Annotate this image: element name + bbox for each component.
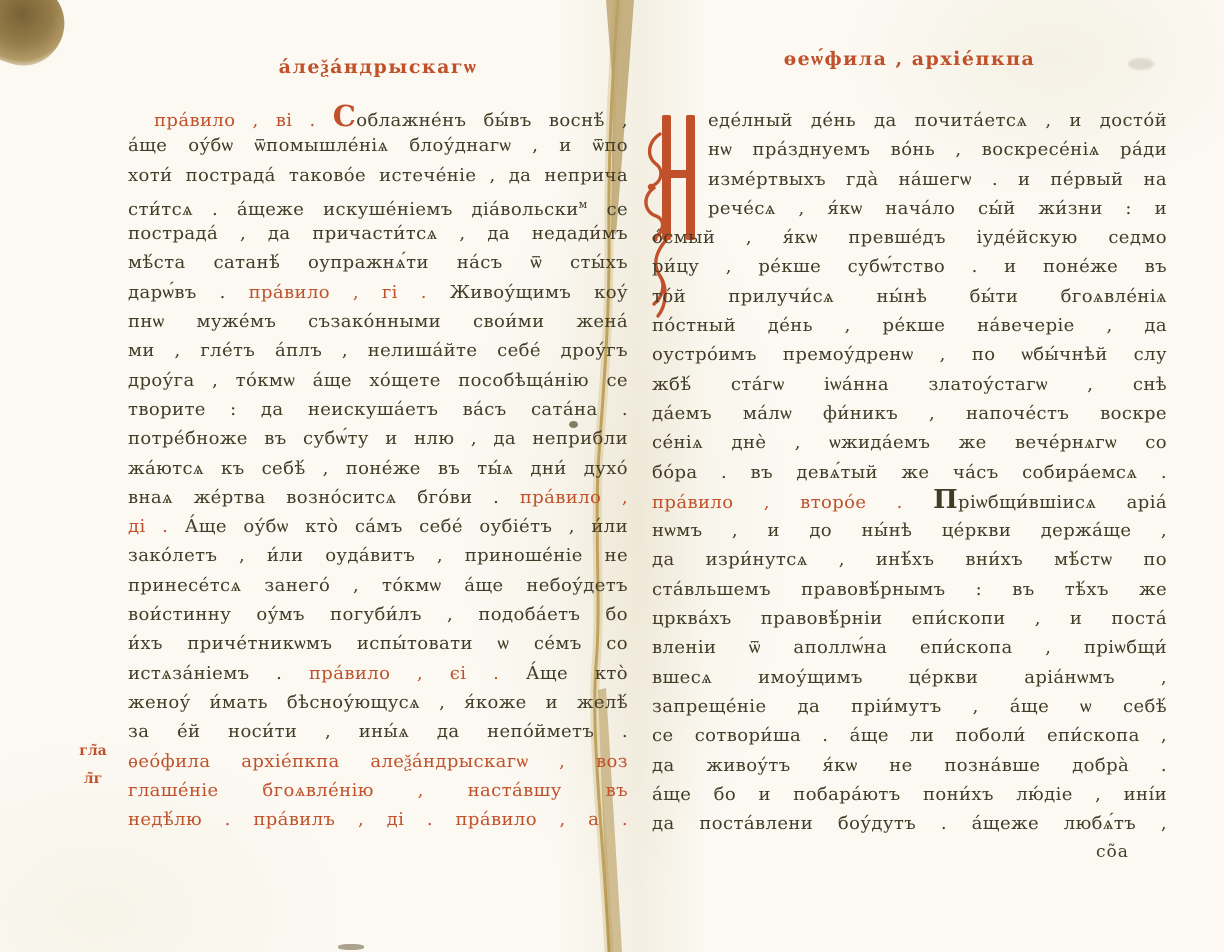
text-segment: жа́ютсѧ къ себѣ́ , поне́же въ ты́ѧ дни́ … xyxy=(128,458,628,479)
text-segment: А́ще оу́бѡ кто̀ са́мъ себе́ оубіе́тъ , и… xyxy=(185,516,628,537)
corner-stain xyxy=(0,0,75,76)
text-segment: да́емъ ма́лѡ фи́никъ , напоче́стъ воскре xyxy=(652,403,1167,424)
text-segment: недѣ́лю . пра́вилъ , ді . пра́вило , а . xyxy=(128,809,628,830)
text-line: ді . А́ще оу́бѡ кто̀ са́мъ себе́ оубіе́т… xyxy=(128,512,628,541)
text-segment: сти́тсѧ . а́щеже искуше́ніемъ діа́вольск… xyxy=(128,199,579,219)
text-segment: м xyxy=(579,198,588,211)
text-segment: се сотвори́ша . а́ще ли поболи́ епи́скоп… xyxy=(652,725,1167,746)
text-segment: С xyxy=(333,102,356,131)
text-segment: запреще́ніе да пріи́мутъ , а́ще ѡ себѣ́ xyxy=(652,696,1167,717)
gloss-line: гл̃а xyxy=(66,737,120,765)
text-line: сти́тсѧ . а́щеже искуше́ніемъ діа́вольск… xyxy=(128,190,628,219)
text-line: пнѡ муже́мъ съзако́нными свои́ми жена́ xyxy=(128,307,628,336)
text-line: глаше́ніе бгоѧвле́нію , наста́вшу въ xyxy=(128,776,628,805)
text-segment: Живоу́щимъ коу́ xyxy=(450,282,628,303)
text-line: ри́цу , ре́кше субѡ́тство . и поне́же въ xyxy=(652,252,1167,281)
text-segment: зако́летъ , и́ли оуда́витъ , приноше́ніе… xyxy=(128,545,628,566)
text-line: вшесѧ имоу́щимъ це́ркви аріа́нѡмъ , xyxy=(652,663,1167,692)
text-line: да поста́влени боу́дутъ . а́щеже любѧ́тъ… xyxy=(652,809,1167,838)
right-running-header: ѳеѡ́фила , архіе́пкпа xyxy=(652,48,1167,74)
text-line: ми , гле́тъ а́плъ , нелиша́йте себе́ дро… xyxy=(128,336,628,365)
text-line: нѡ пра́зднуемъ во́нь , воскресе́ніѧ ра́д… xyxy=(652,135,1167,164)
text-segment: жбѣ́ ста́гѡ іѡа́нна златоу́стагѡ , снѣ xyxy=(652,374,1167,395)
text-line: зако́летъ , и́ли оуда́витъ , приноше́ніе… xyxy=(128,541,628,570)
text-line: пострада́ , да причасти́тсѧ , да недади́… xyxy=(128,219,628,248)
text-segment: оустро́имъ премоу́дренѡ , по ѡбы́чнѣй сл… xyxy=(652,344,1167,365)
text-segment: вленіи ѿ аполлѡ́на епи́скопа , пріѡбщи́ xyxy=(652,637,1167,658)
text-segment: нѡ пра́зднуемъ во́нь , воскресе́ніѧ ра́д… xyxy=(708,139,1167,160)
text-segment: а́ще бо и побара́ютъ пони́хъ лю́діе , ин… xyxy=(652,784,1167,805)
text-line: о́смый , я́кѡ превше́дъ іуде́йскую седмо xyxy=(652,223,1167,252)
text-line: дроу́га , то́кмѡ а́ще хо́щете пособѣща́н… xyxy=(128,366,628,395)
text-line: творите : да неискуша́етъ ва́съ сата́на … xyxy=(128,395,628,424)
text-segment: а́ще оу́бѡ ѿпомышле́ніѧ блоу́днагѡ , и ѿ… xyxy=(128,135,628,156)
text-line: за е́й носи́ти , ины́ѧ да непо́йметъ . xyxy=(128,717,628,746)
text-line: потре́бноже въ субѡ́ту и нлю , да неприб… xyxy=(128,424,628,453)
text-segment: рече́сѧ , я́кѡ нача́ло сы́й жи́зни : и xyxy=(708,198,1167,219)
text-segment: да поста́влени боу́дутъ . а́щеже любѧ́тъ… xyxy=(652,813,1167,834)
text-line: женоу́ и́мать бѣсноу́ющусѧ , я́коже и же… xyxy=(128,688,628,717)
text-segment: нѡмъ , и до ны́нѣ це́ркви держа́ще , xyxy=(652,520,1167,541)
text-line: вои́стинну оу́мъ погуби́лъ , подоба́етъ … xyxy=(128,600,628,629)
text-segment: се xyxy=(588,199,628,219)
text-segment: женоу́ и́мать бѣсноу́ющусѧ , я́коже и же… xyxy=(128,692,628,713)
right-page-text: еде́лный де́нь да почита́етсѧ , и досто́… xyxy=(652,106,1167,838)
left-running-header: а́леѯа́ндрыскагѡ xyxy=(128,56,628,82)
text-segment: ста́вльшемъ правовѣ́рнымъ : въ тѣ́хъ же xyxy=(652,579,1167,600)
text-line: еде́лный де́нь да почита́етсѧ , и досто́… xyxy=(652,106,1167,135)
left-margin-gloss: гл̃а л̃г xyxy=(66,737,120,793)
text-segment: пнѡ муже́мъ съзако́нными свои́ми жена́ xyxy=(128,311,628,332)
text-segment: внаѧ же́ртва возно́ситсѧ бго́ви . xyxy=(128,487,520,508)
gloss-line: л̃г xyxy=(66,765,120,793)
text-segment: по́стный де́нь , ре́кше на́вечеріе , да xyxy=(652,315,1167,336)
text-line: се́ніѧ днѐ , ѡжида́емъ же вече́рнѧгѡ со xyxy=(652,428,1167,457)
text-segment: и́хъ приче́тникѡмъ испы́товати ѡ се́мъ с… xyxy=(128,633,628,654)
text-line: дарѡ́въ . пра́вило , гі . Живоу́щимъ коу… xyxy=(128,278,628,307)
text-line: ѳео́фила архіе́пкпа алеѯа́ндрыскагѡ , во… xyxy=(128,747,628,776)
text-segment: А́ще кто̀ xyxy=(526,663,628,684)
text-line: да изри́нутсѧ , инѣ́хъ вни́хъ мѣ́стѡ по xyxy=(652,545,1167,574)
text-segment: пострада́ , да причасти́тсѧ , да недади́… xyxy=(128,223,628,244)
text-segment: црква́хъ правовѣ́рніи епи́скопи , и пост… xyxy=(652,608,1167,629)
text-line: а́ще оу́бѡ ѿпомышле́ніѧ блоу́днагѡ , и ѿ… xyxy=(128,131,628,160)
text-segment: ри́цу , ре́кше субѡ́тство . и поне́же въ xyxy=(652,256,1167,277)
text-segment: творите : да неискуша́етъ ва́съ сата́на … xyxy=(128,399,628,420)
text-segment: вшесѧ имоу́щимъ це́ркви аріа́нѡмъ , xyxy=(652,667,1167,688)
text-segment: ріѡбщи́вшіисѧ аріа́ xyxy=(958,492,1167,513)
text-line: истѧза́ніемъ . пра́вило , єі . А́ще кто̀ xyxy=(128,659,628,688)
text-line: недѣ́лю . пра́вилъ , ді . пра́вило , а . xyxy=(128,805,628,834)
text-segment: мѣ́ста сатанѣ́ оупражнѧ́ти на́съ ѿ сты́х… xyxy=(128,252,628,273)
text-segment: да живоу́тъ я́кѡ не позна́вше добра̀ . xyxy=(652,755,1167,776)
text-line: внаѧ же́ртва возно́ситсѧ бго́ви . пра́ви… xyxy=(128,483,628,512)
text-segment: потре́бноже въ субѡ́ту и нлю , да неприб… xyxy=(128,428,628,449)
text-line: пра́вило , второ́е . Пріѡбщи́вшіисѧ аріа… xyxy=(652,487,1167,516)
text-line: да́емъ ма́лѡ фи́никъ , напоче́стъ воскре xyxy=(652,399,1167,428)
text-line: по́стный де́нь , ре́кше на́вечеріе , да xyxy=(652,311,1167,340)
text-line: пра́вило , ві . Соблажне́нъ бы́въ воснѣ́… xyxy=(128,102,628,131)
text-line: то́й прилучи́сѧ ны́нѣ бы́ти бгоѧвле́ніѧ xyxy=(652,282,1167,311)
text-segment: принесе́тсѧ занего́ , то́кмѡ а́ще небоу́… xyxy=(128,575,628,596)
text-segment: да изри́нутсѧ , инѣ́хъ вни́хъ мѣ́стѡ по xyxy=(652,549,1167,570)
text-segment: пра́вило , єі . xyxy=(309,663,526,684)
left-page-text: пра́вило , ві . Соблажне́нъ бы́въ воснѣ́… xyxy=(128,102,628,834)
text-segment: истѧза́ніемъ . xyxy=(128,663,309,684)
text-line: бо́ра . въ девѧ́тый же ча́съ собира́емсѧ… xyxy=(652,458,1167,487)
text-line: и́хъ приче́тникѡмъ испы́товати ѡ се́мъ с… xyxy=(128,629,628,658)
text-line: жа́ютсѧ къ себѣ́ , поне́же въ ты́ѧ дни́ … xyxy=(128,454,628,483)
text-segment: облажне́нъ бы́въ воснѣ́ , xyxy=(356,110,628,131)
text-line: црква́хъ правовѣ́рніи епи́скопи , и пост… xyxy=(652,604,1167,633)
folio-number: со̃а xyxy=(1096,842,1129,862)
edge-mark xyxy=(338,944,364,950)
text-line: хоти́ пострада́ таково́е истече́ніе , да… xyxy=(128,161,628,190)
text-segment: дарѡ́въ . xyxy=(128,282,249,303)
book-spread: а́леѯа́ндрыскагѡ гл̃а л̃г пра́вило , ві … xyxy=(0,0,1224,952)
text-segment: изме́ртвыхъ гда̀ на́шегѡ . и пе́рвый на xyxy=(708,169,1167,190)
text-segment: ді . xyxy=(128,516,185,537)
text-line: се сотвори́ша . а́ще ли поболи́ епи́скоп… xyxy=(652,721,1167,750)
text-segment: се́ніѧ днѐ , ѡжида́емъ же вече́рнѧгѡ со xyxy=(652,432,1167,453)
text-line: да живоу́тъ я́кѡ не позна́вше добра̀ . xyxy=(652,751,1167,780)
text-segment: ѳео́фила архіе́пкпа алеѯа́ндрыскагѡ , во… xyxy=(128,751,628,772)
text-line: рече́сѧ , я́кѡ нача́ло сы́й жи́зни : и xyxy=(652,194,1167,223)
text-segment: глаше́ніе бгоѧвле́нію , наста́вшу въ xyxy=(128,780,628,801)
text-line: а́ще бо и побара́ютъ пони́хъ лю́діе , ин… xyxy=(652,780,1167,809)
text-line: ста́вльшемъ правовѣ́рнымъ : въ тѣ́хъ же xyxy=(652,575,1167,604)
text-line: принесе́тсѧ занего́ , то́кмѡ а́ще небоу́… xyxy=(128,571,628,600)
text-segment: хоти́ пострада́ таково́е истече́ніе , да… xyxy=(128,165,628,186)
text-segment: за е́й носи́ти , ины́ѧ да непо́йметъ . xyxy=(128,721,628,742)
text-segment: бо́ра . въ девѧ́тый же ча́съ собира́емсѧ… xyxy=(652,462,1167,483)
text-segment: пра́вило , ві . xyxy=(154,110,333,131)
text-segment: то́й прилучи́сѧ ны́нѣ бы́ти бгоѧвле́ніѧ xyxy=(652,286,1167,307)
text-line: изме́ртвыхъ гда̀ на́шегѡ . и пе́рвый на xyxy=(652,165,1167,194)
text-line: жбѣ́ ста́гѡ іѡа́нна златоу́стагѡ , снѣ xyxy=(652,370,1167,399)
text-line: мѣ́ста сатанѣ́ оупражнѧ́ти на́съ ѿ сты́х… xyxy=(128,248,628,277)
text-segment: пра́вило , второ́е . xyxy=(652,492,933,513)
text-line: нѡмъ , и до ны́нѣ це́ркви держа́ще , xyxy=(652,516,1167,545)
text-line: запреще́ніе да пріи́мутъ , а́ще ѡ себѣ́ xyxy=(652,692,1167,721)
text-segment: пра́вило , гі . xyxy=(249,282,450,303)
text-segment: пра́вило , xyxy=(520,487,628,508)
text-segment: ми , гле́тъ а́плъ , нелиша́йте себе́ дро… xyxy=(128,340,628,361)
text-segment: вои́стинну оу́мъ погуби́лъ , подоба́етъ … xyxy=(128,604,628,625)
text-segment: дроу́га , то́кмѡ а́ще хо́щете пособѣща́н… xyxy=(128,370,628,391)
text-line: оустро́имъ премоу́дренѡ , по ѡбы́чнѣй сл… xyxy=(652,340,1167,369)
text-segment: еде́лный де́нь да почита́етсѧ , и досто́… xyxy=(708,110,1167,131)
text-segment: о́смый , я́кѡ превше́дъ іуде́йскую седмо xyxy=(652,227,1167,248)
text-segment: П xyxy=(933,487,958,515)
text-line: вленіи ѿ аполлѡ́на епи́скопа , пріѡбщи́ xyxy=(652,633,1167,662)
